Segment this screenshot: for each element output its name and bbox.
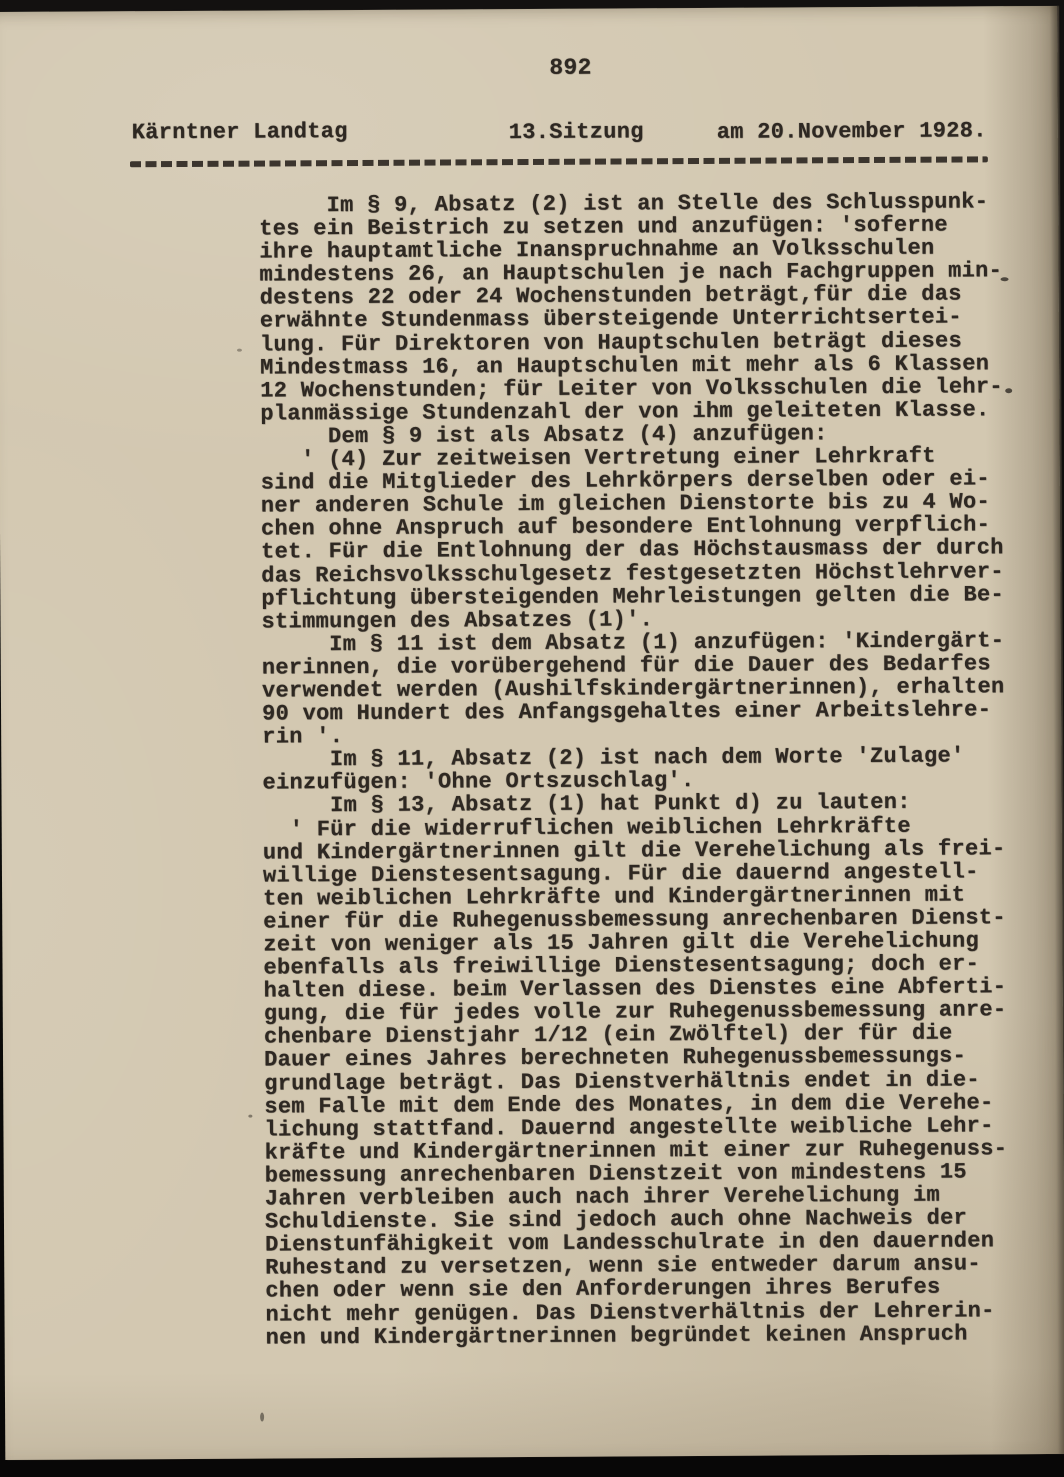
- page-number: 892: [549, 55, 591, 81]
- body-line: pflichtung übersteigenden Mehrleistungen…: [261, 583, 1021, 610]
- body-line: 90 vom Hundert des Anfangsgehaltes einer…: [262, 698, 1022, 725]
- paper-speck: [260, 1413, 264, 1422]
- paper-page: 892 Kärntner Landtag 13.Sitzung am 20.No…: [0, 6, 1064, 1460]
- header-row: Kärntner Landtag 13.Sitzung am 20.Novemb…: [0, 115, 1058, 151]
- header-date: am 20.November 1928.: [717, 118, 987, 145]
- paper-speck: [237, 349, 242, 352]
- body-line: planmässige Stundenzahl der von ihm gele…: [260, 398, 1020, 425]
- paper-speck: [1001, 277, 1009, 281]
- header-institution: Kärntner Landtag: [132, 119, 348, 145]
- body-lines: Im § 9, Absatz (2) ist an Stelle des Sch…: [259, 190, 1026, 1349]
- header-session: 13.Sitzung: [509, 119, 644, 145]
- scanner-background: 892 Kärntner Landtag 13.Sitzung am 20.No…: [0, 0, 1064, 1477]
- body-line: nen und Kindergärtnerinnen begründet kei…: [266, 1322, 1026, 1349]
- paper-speck: [1005, 388, 1012, 393]
- paper-speck: [248, 1115, 252, 1118]
- dashed-rule: [130, 156, 988, 167]
